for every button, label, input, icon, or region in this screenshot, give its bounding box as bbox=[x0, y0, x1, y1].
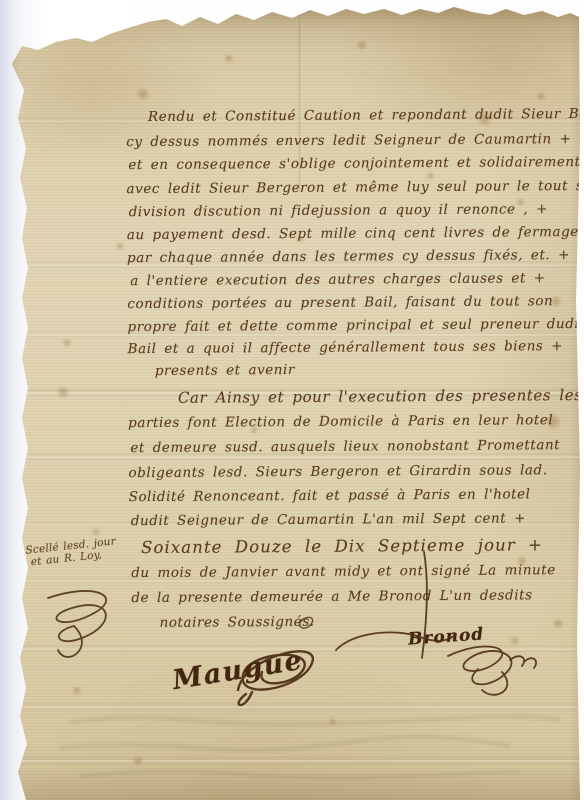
manuscript-line: division discution ni fidejussion a quoy… bbox=[129, 201, 548, 220]
manuscript-line: de la presente demeurée a Me Bronod L'un… bbox=[131, 587, 532, 606]
paper-sheet: Rendu et Constitué Caution et repondant … bbox=[0, 0, 584, 800]
manuscript-line: dudit Seigneur de Caumartin L'an mil Sep… bbox=[131, 510, 526, 529]
manuscript-line: a l'entiere execution des autres charges… bbox=[130, 270, 546, 289]
manuscript-line: avec ledit Sieur Bergeron et même luy se… bbox=[126, 178, 584, 197]
manuscript-line: Rendu et Constitué Caution et repondant … bbox=[148, 106, 584, 125]
manuscript-line: du mois de Janvier avant midy et ont sig… bbox=[131, 562, 556, 581]
manuscript-text-layer: Rendu et Constitué Caution et repondant … bbox=[0, 0, 584, 800]
manuscript-line: obligeants lesd. Sieurs Bergeron et Gira… bbox=[128, 462, 547, 481]
manuscript-line: Solidité Renonceant. fait et passé à Par… bbox=[129, 486, 531, 505]
manuscript-line: conditions portées au present Bail, fais… bbox=[127, 293, 553, 312]
manuscript-line: et en consequence s'oblige conjointement… bbox=[128, 154, 584, 173]
manuscript-line: Bail et a quoi il affecte générallement … bbox=[128, 338, 564, 357]
manuscript-line: notaires Soussignés. bbox=[159, 614, 314, 631]
scan-background: Rendu et Constitué Caution et repondant … bbox=[0, 0, 584, 800]
manuscript-line: par chaque année dans les termes cy dess… bbox=[127, 247, 570, 266]
manuscript-line: presents et avenir bbox=[155, 362, 295, 379]
manuscript-line: parties font Election de Domicile à Pari… bbox=[128, 412, 553, 431]
manuscript-line: cy dessus nommés envers ledit Seigneur d… bbox=[126, 131, 571, 150]
manuscript-line: Car Ainsy et pour l'execution des presen… bbox=[178, 386, 584, 407]
manuscript-line: propre fait et dette comme principal et … bbox=[127, 316, 584, 335]
manuscript-line: et demeure susd. ausquels lieux nonobsta… bbox=[130, 437, 560, 456]
manuscript-line: Soixante Douze le Dix Septieme jour + bbox=[141, 535, 543, 557]
manuscript-line: au payement desd. Sept mille cinq cent l… bbox=[127, 224, 579, 243]
